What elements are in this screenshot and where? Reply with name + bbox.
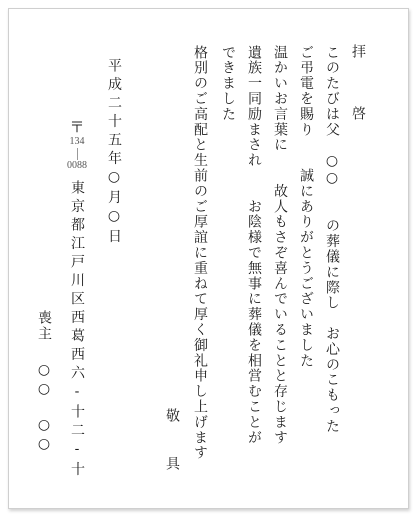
sender-title: 喪主	[36, 310, 52, 342]
sender-name: ○○ ○○	[36, 362, 52, 455]
postal-code-first: 134	[62, 136, 92, 148]
postal-code-divider	[77, 148, 78, 160]
postal-code: 〒 134 0088	[62, 120, 92, 172]
body-line-5: できました	[220, 45, 236, 122]
body-line-3: 温かいお言葉に 故人もさぞ喜んでいることと存じます	[272, 45, 288, 445]
closing-salutation: 敬 具	[164, 408, 180, 480]
date: 平成二十五年○月○日	[106, 58, 122, 247]
postal-code-second: 0088	[62, 160, 92, 172]
body-line-2: ご弔電を賜り 誠にありがとうございました	[298, 45, 314, 368]
body-line-6: 格別のご高配と生前のご厚誼に重ねて厚く御礼申し上げます	[192, 45, 208, 461]
body-line-4: 遺族一同励まされ お陰様で無事に葬儀を相営むことが	[246, 45, 262, 445]
postal-mark-icon: 〒	[62, 120, 92, 136]
opening-salutation: 拝 啓	[350, 44, 366, 137]
sender-address: 東京都江戸川区西葛西六-十二-十	[69, 180, 85, 480]
body-line-1: このたびは父 ○○ の葬儀に際し お心のこもった	[324, 45, 340, 434]
